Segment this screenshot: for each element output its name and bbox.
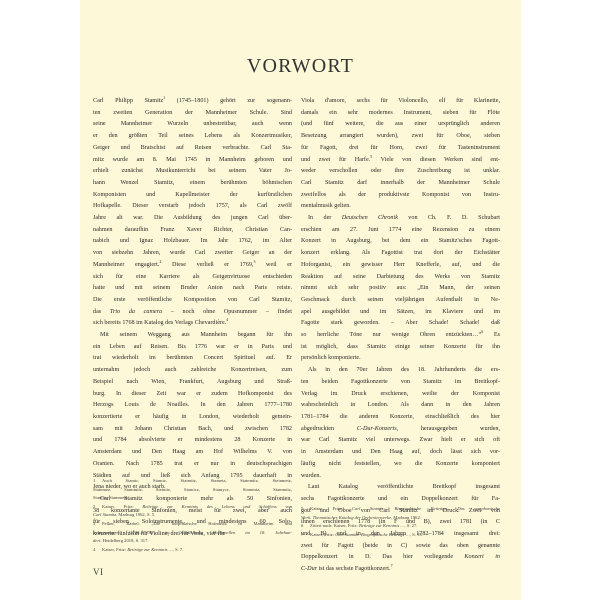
text-line: Viola d'amore, sechs für Violoncello, el… [301, 96, 500, 108]
text-line: Oranien. Nach 1785 trat er nur in deutsc… [93, 459, 292, 471]
footnote-line: Carl Stamitz, Marburg 1962, S. 5. [93, 511, 292, 520]
footnote-line: 5Kaiser, Fritz: Carl Stamitz: Biographis… [301, 505, 500, 514]
text-line: wahrscheinlich in London. Als dann in de… [301, 400, 500, 412]
text-line: zwei für Fagott (beide in C) sowie das o… [301, 541, 500, 553]
text-line: konzert erklang. Als Fagottist trat dort… [301, 248, 500, 260]
text-line: Mit seinem Weggang aus Mannheim begann f… [93, 330, 292, 342]
text-line: C-Dur ist das sechste Fagottkonzert.7 [301, 564, 500, 576]
text-line: Hofkapelle. Dieser verstarb jedoch 1757,… [93, 201, 292, 213]
footnote-number: 3 [93, 520, 102, 529]
text-line: hann Wenzel Stamitz, einem berühmten böh… [93, 178, 292, 190]
text-line: trat wiederholt im berühmten Concert Spi… [93, 353, 292, 365]
text-line: Doppelkonzert in D. Das hier vorliegende… [301, 552, 500, 564]
footnote-ref[interactable]: 3 [253, 260, 255, 264]
text-line: so herrliche Töne nur wenige Ohren entzü… [301, 330, 500, 342]
footnote-ref[interactable]: 5 [370, 155, 372, 159]
footnote-number: 4 [93, 546, 102, 555]
text-line: Reaktion auf seine Darbietung des Werks … [301, 272, 500, 284]
footnote: 1Auch Stamic, Stamiz, Staimitz, Stametz,… [93, 477, 292, 503]
text-line: konzertierte er häufig in London, wieder… [93, 412, 292, 424]
text-line: sich bereits 1768 im Katalog des Verlags… [93, 318, 292, 330]
text-line: in Amsterdam und Den Haag auf, doch läss… [301, 447, 500, 459]
text-line: erschien am 27. Juni 1774 eine Rezension… [301, 225, 500, 237]
text-line: Fagotte stark geworden. – Aber Schade! S… [301, 318, 500, 330]
footnote-ref[interactable]: 6 [481, 330, 483, 334]
text-line: zweifellos als der produktivste Komponis… [301, 190, 500, 202]
text-line: ten beiden Fagottkonzerte von Stamitz im… [301, 377, 500, 389]
footnote: 6Zitiert nach: Kaiser, Fritz: Beiträge z… [301, 522, 500, 531]
text-line: Besetzung arrangiert wurden), zwei für O… [301, 131, 500, 143]
text-line: Hoforganist, ein gewisser Herr Knefferle… [301, 260, 500, 272]
text-line: und 1784 absolvierte er mindestens 28 Ko… [93, 435, 292, 447]
text-line: nabich und Ignaz Holzbauer. Im Jahr 1762… [93, 236, 292, 248]
footnote-line: dert, Heidelberg 2018, S. 317. [93, 537, 292, 546]
footnote-number: 6 [301, 522, 310, 531]
text-line: Komponisten und Kapellmeister der kurfür… [93, 190, 292, 202]
text-line: abgedruckten C-Dur-Konzerts, herausgegeb… [301, 424, 500, 436]
footnote-line: 7Kaiser, Fritz: Carl Stamitz: Biographis… [301, 531, 500, 540]
footnotes-left: 1Auch Stamic, Stamiz, Staimitz, Stametz,… [93, 477, 292, 554]
footnote: 3Pelker, Bärbel: „Die kurpfälzische Hofm… [93, 520, 292, 546]
text-line: Laut Katalog veröffentlichte Breitkopf i… [301, 482, 500, 494]
footnote-number: 1 [93, 477, 102, 486]
page-number: VI [93, 567, 104, 577]
text-line: ten zweiten Generation der Mannheimer Sc… [93, 108, 292, 120]
text-line: In der Deutschen Chronik von Ch. F. D. S… [301, 213, 500, 225]
text-line: Jahre alt war. Die Ausbildung des jungen… [93, 213, 292, 225]
page-title: VORWORT [80, 55, 521, 78]
text-line: burg. In dieser Zeit war er zudem Hofkom… [93, 389, 292, 401]
footnote-line: 1Auch Stamic, Stamiz, Staimitz, Stametz,… [93, 477, 292, 486]
footnote-number: 2 [93, 503, 102, 512]
text-line: Carl Stamitz darf innerhalb der Mannheim… [301, 178, 500, 190]
text-line: 1781–1784 die anderen Konzerte, einschli… [301, 412, 500, 424]
text-line: Als in den 70er Jahren des 18. Jahrhunde… [301, 365, 500, 377]
footnote-line: 6Zitiert nach: Kaiser, Fritz: Beiträge z… [301, 522, 500, 531]
footnote-line: Werk. Thematischer Katalog der Orchester… [301, 514, 500, 523]
text-line: Herzogs Louis de Noailles. In den Jahren… [93, 400, 292, 412]
text-line: und zwei für Harfe.5 Viele von diesen We… [301, 155, 500, 167]
footnote-ref[interactable]: 2 [159, 260, 161, 264]
text-line: von siebzehn Jahren, wurde Carl zweiter … [93, 248, 292, 260]
text-line: wurden. [301, 471, 500, 483]
footnote-line: 2Kaiser, Fritz: Beiträge zur Kenntnis de… [93, 503, 292, 512]
text-line: sich für eine Karriere als Geigenvirtuos… [93, 272, 292, 284]
text-line: ist möglich, dass Stamitz einige seiner … [301, 342, 500, 354]
text-line: mentalmusik gelten. [301, 201, 500, 213]
text-line: nahmen daraufhin Franz Xaver Richter, Ch… [93, 225, 292, 237]
footnote-ref[interactable]: 4 [226, 318, 228, 322]
text-line: erhielt zunächst Musikunterricht bei sei… [93, 166, 292, 178]
text-line: Mannheimer engagiert.2 Diese verließ er … [93, 260, 292, 272]
text-line: läufig nicht feststellen, wo die Konzert… [301, 459, 500, 471]
text-line: sechs Fagottkonzerte und ein Doppelkonze… [301, 494, 500, 506]
footnote-line: Stainmez, Stammitz, Steinitz, Stamicz, S… [93, 486, 292, 495]
footnote-number: 5 [301, 505, 310, 514]
footnote-line: Schwetzingen (1720–1778)“, in: Süddeutsc… [93, 529, 292, 538]
text-line: mitz wurde am 8. Mai 1745 in Mannheim ge… [93, 155, 292, 167]
footnote-line: Stamits, Stammetz. [93, 494, 292, 503]
footnote-number: 7 [301, 531, 310, 540]
footnotes-right: 5Kaiser, Fritz: Carl Stamitz: Biographis… [301, 505, 500, 539]
text-line: Amsterdam und Den Haag am Hof Wilhelms V… [93, 447, 292, 459]
text-line: hatte und mit seinem Bruder Anton nach P… [93, 283, 292, 295]
text-line: (und fünf weitere, die aus einer ursprün… [301, 119, 500, 131]
footnote: 7Kaiser, Fritz: Carl Stamitz: Biographis… [301, 531, 500, 540]
text-line: nimmt sich sehr positiv aus: „Ein Mann, … [301, 283, 500, 295]
text-line: Geschmack durch seinen vieljährigen Aufe… [301, 295, 500, 307]
text-line: für Fagott, drei für Horn, zwei für Tast… [301, 143, 500, 155]
text-line: weder verschollen oder ihre Zuschreibung… [301, 166, 500, 178]
text-line: apel ausgebildet und im Sätzen, im Klavi… [301, 307, 500, 319]
footnote: 4Kaiser, Fritz: Beiträge zur Kenntnis …,… [93, 546, 292, 555]
text-line: Verlag im Druck erschienen, weilte der K… [301, 389, 500, 401]
right-column-text: Viola d'amore, sechs für Violoncello, el… [301, 96, 500, 576]
text-line: damals ein sehr modernes Instrument, sie… [301, 108, 500, 120]
text-line: er den größten Teil seines Lebens als Ko… [93, 131, 292, 143]
footnote-ref[interactable]: 7 [391, 564, 393, 568]
left-column-text: Carl Philipp Stamitz1 (1745–1801) gehört… [93, 96, 292, 541]
text-line: Beispiel nach Wien, Frankfurt, Augsburg … [93, 377, 292, 389]
text-line: Konzert in Augsburg, bei dem ein Stamitz… [301, 236, 500, 248]
text-line: war Carl Stamitz viel unterwegs. Zwar hi… [301, 435, 500, 447]
footnote: 5Kaiser, Fritz: Carl Stamitz: Biographis… [301, 505, 500, 522]
document-page: VORWORT Carl Philipp Stamitz1 (1745–1801… [80, 0, 521, 600]
text-line: Die erste veröffentliche Komposition von… [93, 295, 292, 307]
footnote: 2Kaiser, Fritz: Beiträge zur Kenntnis de… [93, 503, 292, 520]
text-line: Carl Philipp Stamitz1 (1745–1801) gehört… [93, 96, 292, 108]
text-line: das Trio da camera – noch ohne Opusnumme… [93, 307, 292, 319]
text-line: unternahm jedoch auch zahlreiche Konzert… [93, 365, 292, 377]
text-line: Geiger und Bratschist auf Reisen verbrac… [93, 143, 292, 155]
footnote-line: 3Pelker, Bärbel: „Die kurpfälzische Hofm… [93, 520, 292, 529]
text-line: persönlich komponierte. [301, 353, 500, 365]
text-line: sam mit Johann Christian Bach, und zwisc… [93, 424, 292, 436]
text-line: ein Leben auf Reisen. Bis 1776 war er in… [93, 342, 292, 354]
text-line: seine Mannheimer Wurzeln unbestreitbar, … [93, 119, 292, 131]
footnote-ref[interactable]: 1 [163, 96, 165, 100]
footnote-line: 4Kaiser, Fritz: Beiträge zur Kenntnis …,… [93, 546, 292, 555]
